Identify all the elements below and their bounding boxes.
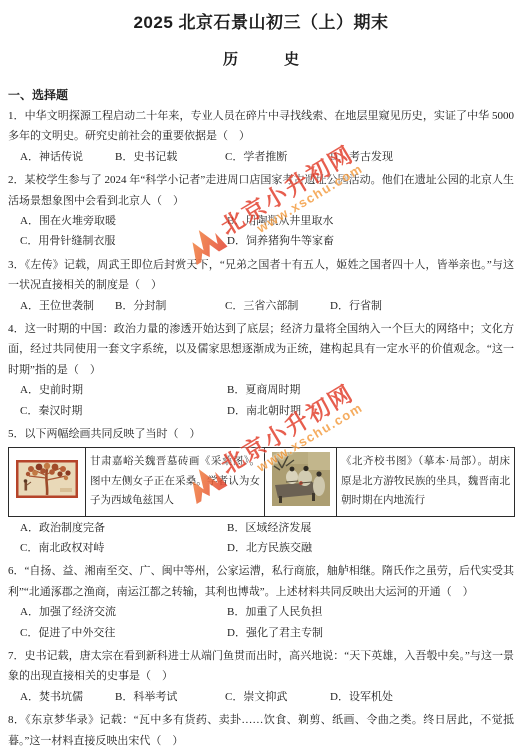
options-row: A．神话传说 B．史书记载 C．学者推断 D．考古发现: [8, 147, 514, 167]
subject-title: 历 史: [8, 48, 514, 69]
option-a: A．政治制度完备: [20, 518, 227, 538]
option-c: C．用骨针缝制衣服: [20, 231, 227, 251]
subject-char-left: 历: [223, 48, 238, 69]
question-stem: 4．这一时期的中国：政治力量的渗透开始达到了底层；经济力量将全国纳入一个巨大的网…: [8, 319, 514, 380]
question-1: 1．中华文明探源工程启动二十年来，专业人员在碎片中寻找线索、在地层里窥见历史，实…: [8, 106, 514, 167]
option-b: B．用陶瓶从井里取水: [227, 211, 514, 231]
q5-left-caption-cell: 甘肃嘉峪关魏晋墓砖画《采桑图》。图中左侧女子正在采桑。学者认为女子为西域龟兹国人: [86, 447, 265, 516]
mulberry-picking-brick-painting-image: [16, 460, 78, 498]
q5-right-caption: 《北齐校书图》（摹本·局部）。胡床原是北方游牧民族的坐具，魏晋南北朝时期在内地流…: [341, 452, 510, 511]
option-d: D．行省制: [330, 296, 514, 316]
question-4: 4．这一时期的中国：政治力量的渗透开始达到了底层；经济力量将全国纳入一个巨大的网…: [8, 319, 514, 421]
option-b: B．分封制: [115, 296, 225, 316]
question-3: 3．《左传》记载，周武王即位后封赏天下，“兄弟之国者十有五人，姬姓之国者四十人，…: [8, 255, 514, 316]
q5-right-image-cell: [265, 447, 337, 516]
option-b: B．区域经济发展: [227, 518, 514, 538]
option-d: D．设军机处: [330, 687, 514, 707]
options-row: C．秦汉时期 D．南北朝时期: [8, 401, 514, 421]
options-row: A．政治制度完备 B．区域经济发展: [8, 518, 514, 538]
option-c: C．秦汉时期: [20, 401, 227, 421]
option-c: C．三省六部制: [225, 296, 330, 316]
option-d: D．考古发现: [330, 147, 514, 167]
question-stem: 7．史书记载，唐太宗在看到新科进士从端门鱼贯而出时，高兴地说：“天下英雄，入吾彀…: [8, 646, 514, 687]
options-row: C．南北政权对峙 D．北方民族交融: [8, 538, 514, 558]
q5-right-caption-cell: 《北齐校书图》（摹本·局部）。胡床原是北方游牧民族的坐具，魏晋南北朝时期在内地流…: [337, 447, 515, 516]
option-d: D．北方民族交融: [227, 538, 514, 558]
option-c: C．崇文抑武: [225, 687, 330, 707]
option-c: C．促进了中外交往: [20, 623, 227, 643]
options-row: A．加强了经济交流 B．加重了人民负担: [8, 602, 514, 622]
option-c: C．南北政权对峙: [20, 538, 227, 558]
options-row: A．史前时期 B．夏商周时期: [8, 380, 514, 400]
q5-left-image-cell: [9, 447, 86, 516]
subject-char-right: 史: [284, 48, 299, 69]
question-6: 6．“自扬、益、湘南至交、广、闽中等州，公家运漕，私行商旅，舳舻相继。隋氏作之虽…: [8, 561, 514, 643]
option-b: B．加重了人民负担: [227, 602, 514, 622]
question-2: 2．某校学生参与了 2024 年“科学小记者”走进周口店国家考古遗址公园活动。他…: [8, 170, 514, 252]
option-b: B．史书记载: [115, 147, 225, 167]
options-row: A．王位世袭制 B．分封制 C．三省六部制 D．行省制: [8, 296, 514, 316]
question-stem: 5．以下两幅绘画共同反映了当时（ ）: [8, 424, 514, 444]
options-row: C．用骨针缝制衣服 D．饲养猪狗牛等家畜: [8, 231, 514, 251]
options-row: C．促进了中外交往 D．强化了君主专制: [8, 623, 514, 643]
exam-title: 2025 北京石景山初三（上）期末: [8, 8, 514, 33]
q5-left-caption: 甘肃嘉峪关魏晋墓砖画《采桑图》。图中左侧女子正在采桑。学者认为女子为西域龟兹国人: [90, 452, 260, 511]
exam-paper-page: 北京小升初网 www.xschu.com 北京小升初网 www.xschu.co…: [0, 0, 522, 747]
question-stem: 1．中华文明探源工程启动二十年来，专业人员在碎片中寻找线索、在地层里窥见历史，实…: [8, 106, 514, 147]
option-a: A．焚书坑儒: [20, 687, 115, 707]
question-stem: 6．“自扬、益、湘南至交、广、闽中等州，公家运漕，私行商旅，舳舻相继。隋氏作之虽…: [8, 561, 514, 602]
question-8: 8．《东京梦华录》记载：“瓦中多有货药、卖卦……饮食、剃剪、纸画、令曲之类。终日…: [8, 710, 514, 747]
question-stem: 8．《东京梦华录》记载：“瓦中多有货药、卖卦……饮食、剃剪、纸画、令曲之类。终日…: [8, 710, 514, 747]
option-a: A．史前时期: [20, 380, 227, 400]
options-row: A．焚书坑儒 B．科举考试 C．崇文抑武 D．设军机处: [8, 687, 514, 707]
option-d: D．强化了君主专制: [227, 623, 514, 643]
option-b: B．夏商周时期: [227, 380, 514, 400]
question-5: 5．以下两幅绘画共同反映了当时（ ）: [8, 424, 514, 558]
q5-image-table: 甘肃嘉峪关魏晋墓砖画《采桑图》。图中左侧女子正在采桑。学者认为女子为西域龟兹国人: [8, 447, 515, 517]
option-d: D．南北朝时期: [227, 401, 514, 421]
options-row: A．围在火堆旁取暖 B．用陶瓶从井里取水: [8, 211, 514, 231]
beiqi-collating-books-painting-image: [272, 452, 330, 506]
section-heading: 一、选择题: [8, 86, 514, 103]
option-c: C．学者推断: [225, 147, 330, 167]
option-b: B．科举考试: [115, 687, 225, 707]
option-a: A．围在火堆旁取暖: [20, 211, 227, 231]
option-d: D．饲养猪狗牛等家畜: [227, 231, 514, 251]
question-7: 7．史书记载，唐太宗在看到新科进士从端门鱼贯而出时，高兴地说：“天下英雄，入吾彀…: [8, 646, 514, 707]
option-a: A．加强了经济交流: [20, 602, 227, 622]
option-a: A．王位世袭制: [20, 296, 115, 316]
option-a: A．神话传说: [20, 147, 115, 167]
question-stem: 2．某校学生参与了 2024 年“科学小记者”走进周口店国家考古遗址公园活动。他…: [8, 170, 514, 211]
question-stem: 3．《左传》记载，周武王即位后封赏天下，“兄弟之国者十有五人，姬姓之国者四十人，…: [8, 255, 514, 296]
